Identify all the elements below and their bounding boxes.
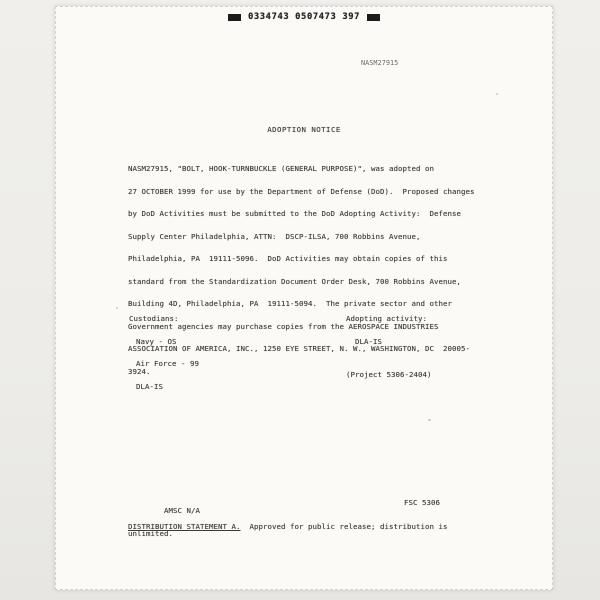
body-line: 27 OCTOBER 1999 for use by the Departmen… xyxy=(128,188,474,196)
fsc-label: FSC 5306 xyxy=(404,499,440,507)
barcode-digits: 0334743 0507473 397 xyxy=(248,12,360,22)
amsc-label: AMSC N/A xyxy=(164,506,200,515)
body-line: Supply Center Philadelphia, ATTN: DSCP-I… xyxy=(128,233,474,241)
adopting-activity-value: DLA-IS xyxy=(346,338,432,346)
adopting-activity-block: Adopting activity: DLA-IS (Project 5306-… xyxy=(346,300,432,394)
distribution-statement-text-line1: Approved for public release; distributio… xyxy=(241,522,448,531)
scan-speck xyxy=(428,419,431,421)
barcode-header: 0334743 0507473 397 xyxy=(56,12,552,22)
custodian-item-dla: DLA-IS xyxy=(129,383,199,391)
scan-speck xyxy=(116,307,118,309)
footer-codes-row: AMSC N/A FSC 5306 xyxy=(128,499,500,507)
custodian-item-air-force: Air Force - 99 xyxy=(129,360,199,368)
project-number: (Project 5306-2404) xyxy=(346,371,432,379)
body-line: NASM27915, "BOLT, HOOK-TURNBUCKLE (GENER… xyxy=(128,165,474,173)
document-page: 0334743 0507473 397 NASM27915 ADOPTION N… xyxy=(55,6,553,590)
custodians-block: Custodians: Navy - OS Air Force - 99 DLA… xyxy=(129,300,199,405)
distribution-statement-text-line2: unlimited. xyxy=(128,529,173,538)
scan-speck xyxy=(496,93,498,95)
adopting-activity-heading: Adopting activity: xyxy=(346,315,432,323)
page-title: ADOPTION NOTICE xyxy=(56,126,552,134)
doc-number: NASM27915 xyxy=(361,60,398,68)
custodian-item-navy: Navy - OS xyxy=(129,338,199,346)
custodians-heading: Custodians: xyxy=(129,315,199,323)
body-line: by DoD Activities must be submitted to t… xyxy=(128,210,474,218)
barcode-block-right xyxy=(367,14,380,21)
distribution-statement: DISTRIBUTION STATEMENT A. Approved for p… xyxy=(128,523,500,538)
body-line: Philadelphia, PA 19111-5096. DoD Activit… xyxy=(128,255,474,263)
footer-block: AMSC N/A FSC 5306 DISTRIBUTION STATEMENT… xyxy=(128,484,500,553)
barcode-block-left xyxy=(228,14,241,21)
body-line: standard from the Standardization Docume… xyxy=(128,278,474,286)
scanned-document: 0334743 0507473 397 NASM27915 ADOPTION N… xyxy=(0,0,600,600)
